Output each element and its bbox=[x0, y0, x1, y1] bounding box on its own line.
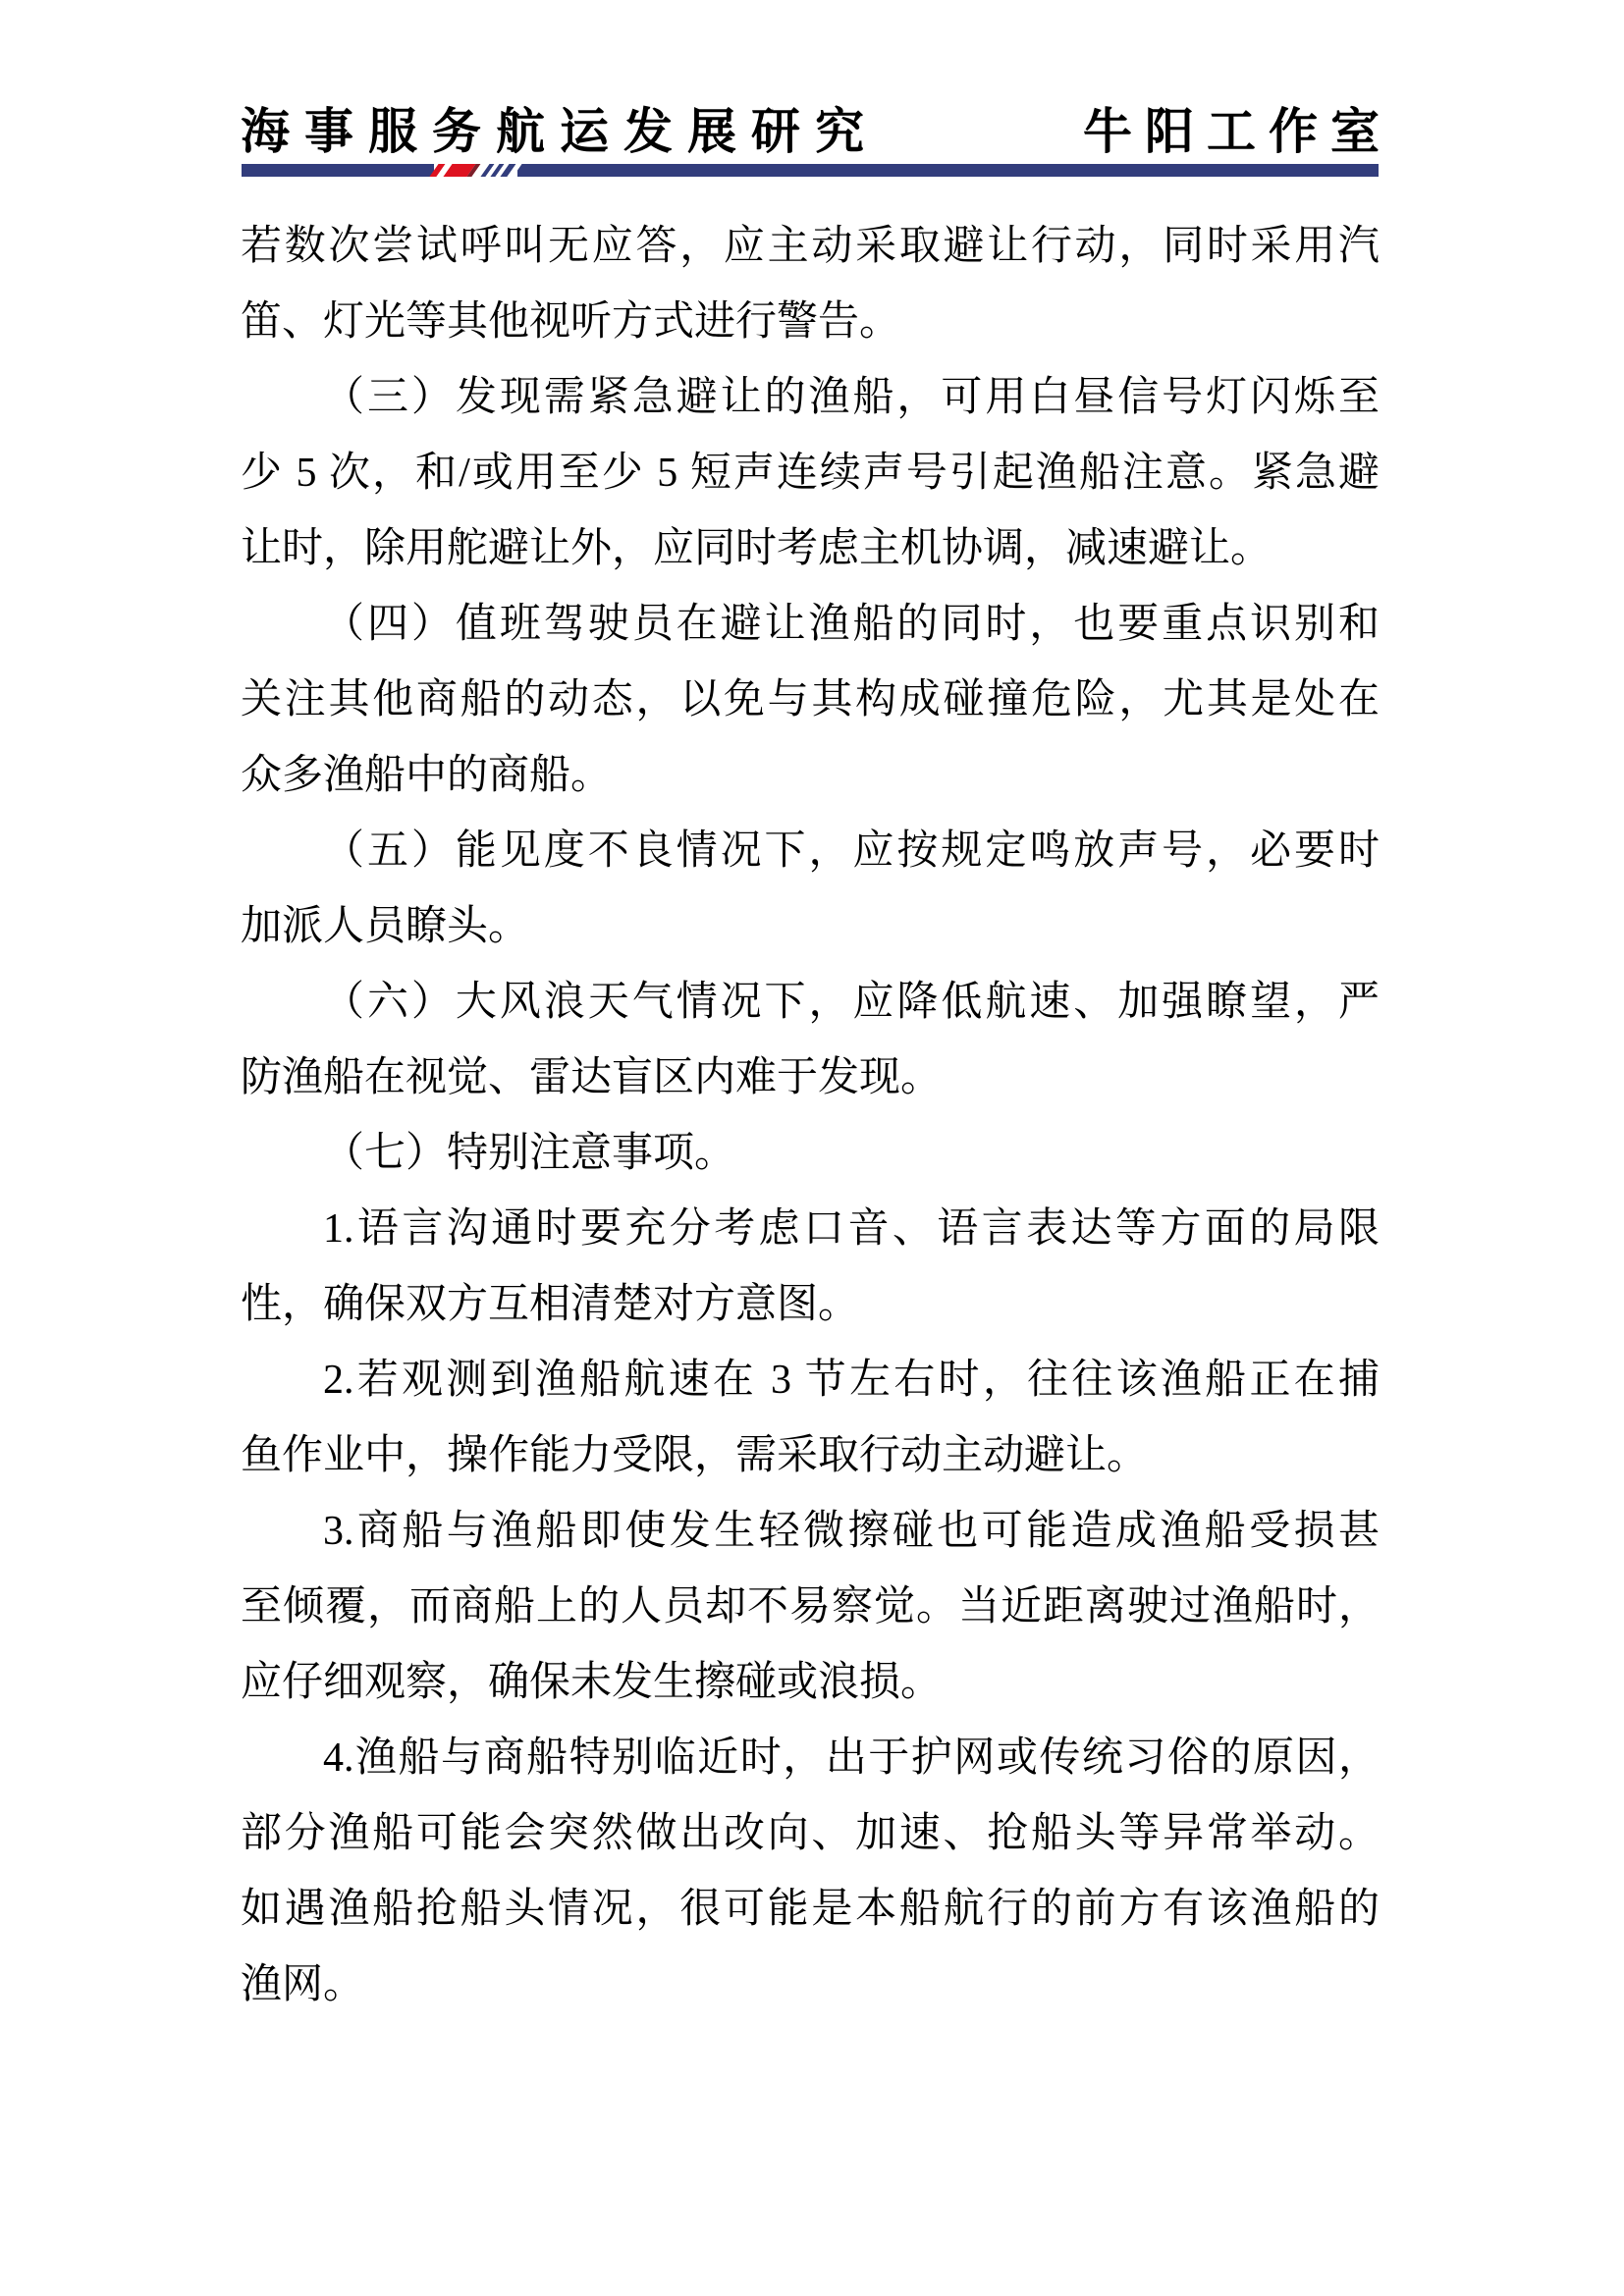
text-line: 3.商船与渔船即使发生轻微擦碰也可能造成渔船受损甚 bbox=[241, 1494, 1380, 1570]
text-line: 至倾覆，而商船上的人员却不易察觉。当近距离驶过渔船时， bbox=[241, 1570, 1380, 1645]
text-line: 1.语言沟通时要充分考虑口音、语言表达等方面的局限 bbox=[241, 1192, 1380, 1267]
text-line: （七）特别注意事项。 bbox=[241, 1116, 1380, 1192]
text-line: （三）发现需紧急避让的渔船，可用白昼信号灯闪烁至 bbox=[241, 360, 1380, 436]
text-line: 应仔细观察，确保未发生擦碰或浪损。 bbox=[241, 1645, 1380, 1721]
page-header: 海事服务航运发展研究 牛阳工作室 bbox=[241, 92, 1380, 163]
divider-bar-right bbox=[517, 164, 1379, 177]
text-line: 若数次尝试呼叫无应答，应主动采取避让行动，同时采用汽 bbox=[241, 209, 1380, 285]
document-body: 若数次尝试呼叫无应答，应主动采取避让行动，同时采用汽 笛、灯光等其他视听方式进行… bbox=[241, 209, 1380, 2023]
text-line: 让时，除用舵避让外，应同时考虑主机协调，减速避让。 bbox=[241, 511, 1380, 587]
text-line: 性，确保双方互相清楚对方意图。 bbox=[241, 1267, 1380, 1343]
header-right-title: 牛阳工作室 bbox=[1083, 92, 1392, 163]
header-divider-bar bbox=[242, 164, 1379, 177]
text-line: 关注其他商船的动态，以免与其构成碰撞危险，尤其是处在 bbox=[241, 663, 1380, 738]
text-line: 2.若观测到渔船航速在 3 节左右时，往往该渔船正在捕 bbox=[241, 1343, 1380, 1418]
text-line: 如遇渔船抢船头情况，很可能是本船航行的前方有该渔船的 bbox=[241, 1872, 1380, 1948]
text-line: （四）值班驾驶员在避让渔船的同时，也要重点识别和 bbox=[241, 587, 1380, 663]
text-line: 少 5 次，和/或用至少 5 短声连续声号引起渔船注意。紧急避 bbox=[241, 436, 1380, 511]
text-line: （五）能见度不良情况下，应按规定鸣放声号，必要时 bbox=[241, 814, 1380, 889]
text-line: 防渔船在视觉、雷达盲区内难于发现。 bbox=[241, 1041, 1380, 1116]
text-line: 笛、灯光等其他视听方式进行警告。 bbox=[241, 285, 1380, 360]
document-page: 海事服务航运发展研究 牛阳工作室 若数次尝试呼叫无应答，应主动采取避让行动，同时… bbox=[0, 0, 1624, 2296]
text-line: 加派人员瞭头。 bbox=[241, 889, 1380, 965]
text-line: 4.渔船与商船特别临近时，出于护网或传统习俗的原因， bbox=[241, 1721, 1380, 1796]
divider-bar-left bbox=[242, 164, 434, 177]
header-left-title: 海事服务航运发展研究 bbox=[241, 92, 879, 163]
text-line: 众多渔船中的商船。 bbox=[241, 738, 1380, 814]
text-line: 渔网。 bbox=[241, 1948, 1380, 2023]
text-line: 部分渔船可能会突然做出改向、加速、抢船头等异常举动。 bbox=[241, 1796, 1380, 1872]
text-line: （六）大风浪天气情况下，应降低航速、加强瞭望，严 bbox=[241, 965, 1380, 1041]
text-line: 鱼作业中，操作能力受限，需采取行动主动避让。 bbox=[241, 1418, 1380, 1494]
